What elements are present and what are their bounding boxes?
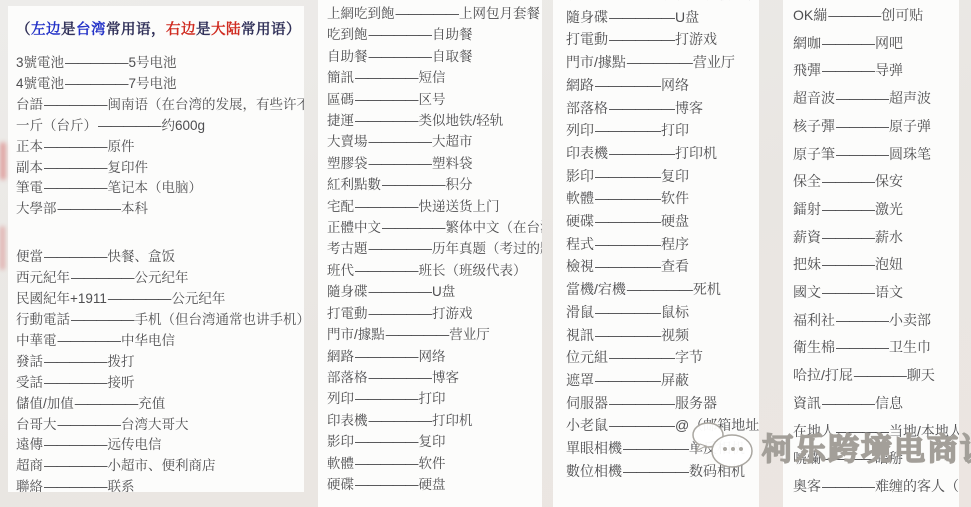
term-row: 部落格—————博客 xyxy=(566,97,759,120)
dash-separator: ————— xyxy=(609,417,674,433)
mainland-term: 语文 xyxy=(875,284,903,300)
mainland-term: 班长（班级代表） xyxy=(419,263,527,278)
terms-panel-1: （左边是台湾常用语，右边是大陆常用语） 3號電池—————5号电池4號電池———… xyxy=(8,6,304,492)
term-row: 網路—————网络 xyxy=(327,346,542,367)
dash-separator: ————— xyxy=(369,370,432,385)
term-row: 薪資————薪水 xyxy=(793,224,959,252)
term-row: 鐳射————激光 xyxy=(793,196,959,224)
dash-separator: ————— xyxy=(44,180,107,195)
dash-separator: ————— xyxy=(595,190,660,206)
term-list-4: OK繃————创可贴網咖————网吧飛彈————导弹超音波————超声波核子彈—… xyxy=(793,2,959,501)
term-list-2: 上網吃到飽—————上网包月套餐吃到飽—————自助餐自助餐—————自取餐簡訊… xyxy=(327,3,542,495)
dash-separator: ————— xyxy=(65,55,128,70)
taiwan-term: 中華電 xyxy=(16,333,57,348)
term-row: 班代—————班长（班级代表） xyxy=(566,0,759,6)
mainland-term: 公元纪年 xyxy=(171,291,225,306)
dash-separator: ————— xyxy=(595,258,660,274)
term-row: 考古題—————历年真题（考过的题） xyxy=(327,238,542,259)
mainland-term: 服务器 xyxy=(675,395,717,411)
term-row: 視訊—————视频 xyxy=(566,324,759,347)
taiwan-term: 飛彈 xyxy=(793,62,821,78)
dash-separator: ————— xyxy=(71,312,134,327)
term-row: 區碼—————区号 xyxy=(327,89,542,110)
taiwan-term: 軟體 xyxy=(327,456,354,471)
taiwan-term: 遠傳 xyxy=(16,437,43,452)
dash-separator: ———— xyxy=(822,478,874,494)
taiwan-term: 筆電 xyxy=(16,180,43,195)
term-row: 西元紀年—————公元纪年 xyxy=(16,268,304,289)
dash-separator: ————— xyxy=(623,440,688,456)
taiwan-term: 福利社 xyxy=(793,312,835,328)
taiwan-term: 國文 xyxy=(793,284,821,300)
dash-separator: ————— xyxy=(108,291,171,306)
legend-segment: 左边 xyxy=(31,22,61,38)
dash-separator: ————— xyxy=(595,372,660,388)
term-row: 打電動—————打游戏 xyxy=(327,303,542,324)
taiwan-term: 部落格 xyxy=(327,370,368,385)
dash-separator: ————— xyxy=(595,236,660,252)
mainland-term: 繁体中文（在台湾的 xyxy=(446,220,543,235)
dash-separator: ————— xyxy=(623,463,688,479)
dash-separator: ————— xyxy=(355,70,418,85)
taiwan-term: 核子彈 xyxy=(793,118,835,134)
taiwan-term: 捷運 xyxy=(327,113,354,128)
mainland-term: 约600g xyxy=(162,118,206,133)
taiwan-term: 數位相機 xyxy=(566,463,622,479)
dash-separator: ———— xyxy=(854,367,906,383)
dash-separator: ———— xyxy=(822,450,874,466)
term-row: 檢視—————查看 xyxy=(566,255,759,278)
dash-separator: ————— xyxy=(627,281,692,297)
dash-separator: ————— xyxy=(44,354,107,369)
taiwan-term: 便當 xyxy=(16,249,43,264)
mainland-term: 接听 xyxy=(108,375,135,390)
mainland-term: 区号 xyxy=(419,92,446,107)
left-edge-smudge xyxy=(0,142,6,180)
taiwan-term: 吃到飽 xyxy=(327,27,368,42)
taiwan-term: 視訊 xyxy=(566,327,594,343)
term-row: 位元組—————字节 xyxy=(566,346,759,369)
mainland-term: 硬盘 xyxy=(419,477,446,492)
taiwan-term: 大學部 xyxy=(16,201,57,216)
mainland-term: 班长（班级代表） xyxy=(661,0,759,2)
term-list-3: 班代—————班长（班级代表）隨身碟—————U盘打電動—————打游戏門市/據… xyxy=(566,0,759,482)
dash-separator: ————— xyxy=(98,118,161,133)
taiwan-term: 奧客 xyxy=(793,478,821,494)
taiwan-term: 4號電池 xyxy=(16,76,64,91)
term-row: 福利社————小卖部 xyxy=(793,307,959,335)
term-row: 飛彈————导弹 xyxy=(793,57,959,85)
dash-separator: ————— xyxy=(609,349,674,365)
mainland-term: 自取餐 xyxy=(432,49,473,64)
taiwan-term: 影印 xyxy=(566,168,594,184)
term-row: 一斤（台斤）—————约600g xyxy=(16,116,304,137)
mainland-term: 程序 xyxy=(661,236,689,252)
mainland-term: 联系 xyxy=(108,479,135,492)
taiwan-term: 超音波 xyxy=(793,90,835,106)
term-row: 簡訊—————短信 xyxy=(327,67,542,88)
term-row: 核子彈————原子弹 xyxy=(793,113,959,141)
term-row: 把妹————泡妞 xyxy=(793,251,959,279)
mainland-term: 营业厅 xyxy=(693,54,735,70)
mainland-term: 小超市、便利商店 xyxy=(108,458,216,473)
taiwan-term: 上網吃到飽 xyxy=(327,6,395,21)
term-row: 硬碟—————硬盘 xyxy=(327,474,542,495)
dash-separator: ————— xyxy=(58,333,121,348)
mainland-term: 塑料袋 xyxy=(432,156,473,171)
taiwan-term: 網咖 xyxy=(793,35,821,51)
mainland-term: 积分 xyxy=(446,177,473,192)
taiwan-term: 網路 xyxy=(566,77,594,93)
mainland-term: 聊天 xyxy=(907,367,935,383)
dash-separator: ———— xyxy=(822,229,874,245)
taiwan-term: 列印 xyxy=(566,122,594,138)
mainland-term: 硬盘 xyxy=(661,213,689,229)
term-row: 台哥大—————台湾大哥大 xyxy=(16,415,304,436)
mainland-term: 字节 xyxy=(675,349,703,365)
mainland-term: 博客 xyxy=(675,100,703,116)
term-row: 列印—————打印 xyxy=(566,119,759,142)
dash-separator: ————— xyxy=(369,27,432,42)
dash-separator: ———— xyxy=(836,118,888,134)
term-row: 超音波————超声波 xyxy=(793,85,959,113)
term-row: 受話—————接听 xyxy=(16,373,304,394)
term-row: 聯絡—————联系 xyxy=(16,477,304,492)
dash-separator: ————— xyxy=(44,458,107,473)
taiwan-term: 紅利點數 xyxy=(327,177,381,192)
taiwan-term: 宅配 xyxy=(327,199,354,214)
mainland-term: 大超市 xyxy=(432,134,473,149)
mainland-term: 营业厅 xyxy=(449,327,490,342)
dash-separator: ————— xyxy=(44,375,107,390)
dash-separator: ————— xyxy=(44,139,107,154)
mainland-term: 创可贴 xyxy=(881,7,923,23)
term-row: 遮罩—————屏蔽 xyxy=(566,369,759,392)
taiwan-term: 硬碟 xyxy=(327,477,354,492)
taiwan-term: 程式 xyxy=(566,236,594,252)
taiwan-term: 軟體 xyxy=(566,190,594,206)
dash-separator: ———— xyxy=(836,423,888,439)
dash-separator: ————— xyxy=(609,100,674,116)
term-row: 門市/據點—————营业厅 xyxy=(566,51,759,74)
term-row: 影印—————复印 xyxy=(566,165,759,188)
mainland-term: 5号电池 xyxy=(129,55,177,70)
mainland-term: 小卖部 xyxy=(889,312,931,328)
term-row: 副本—————复印件 xyxy=(16,158,304,179)
taiwan-term: 保全 xyxy=(793,173,821,189)
term-row: 3號電池—————5号电池 xyxy=(16,53,304,74)
legend-segment: 常用语， xyxy=(106,22,166,38)
dash-separator: ————— xyxy=(44,437,107,452)
taiwan-term: 打電動 xyxy=(566,31,608,47)
dash-separator: ————— xyxy=(44,249,107,264)
mainland-term: 软件 xyxy=(661,190,689,206)
mainland-term: 笔记本（电脑） xyxy=(108,180,203,195)
taiwan-term: 台哥大 xyxy=(16,417,57,432)
mainland-term: 屏蔽 xyxy=(661,372,689,388)
taiwan-term: 原子筆 xyxy=(793,146,835,162)
dash-separator: ———— xyxy=(822,35,874,51)
taiwan-term: 滑鼠 xyxy=(566,304,594,320)
term-row: 伺服器—————服务器 xyxy=(566,392,759,415)
term-row: 吃到飽—————自助餐 xyxy=(327,24,542,45)
mainland-term: 上网包月套餐 xyxy=(459,6,540,21)
dash-separator: ————— xyxy=(58,201,121,216)
dash-separator: ————— xyxy=(355,199,418,214)
dash-separator: ————— xyxy=(44,97,107,112)
taiwan-term: 印表機 xyxy=(327,413,368,428)
taiwan-term: 鐳射 xyxy=(793,201,821,217)
mainland-term: 圆珠笔 xyxy=(889,146,931,162)
left-edge-smudge xyxy=(0,226,5,270)
dash-separator: ————— xyxy=(369,306,432,321)
mainland-term: 薪水 xyxy=(875,229,903,245)
dash-separator: ————— xyxy=(595,77,660,93)
taiwan-term: 打電動 xyxy=(327,306,368,321)
taiwan-term: 部落格 xyxy=(566,100,608,116)
term-list-1a: 3號電池—————5号电池4號電池—————7号电池台語—————闽南语（在台湾… xyxy=(16,53,304,220)
term-row: 衛生棉————卫生巾 xyxy=(793,334,959,362)
taiwan-term: 唬爛 xyxy=(793,450,821,466)
dash-separator: ————— xyxy=(386,327,449,342)
taiwan-term: 單眼相機 xyxy=(566,440,622,456)
mainland-term: 查看 xyxy=(661,258,689,274)
term-row: 超商—————小超市、便利商店 xyxy=(16,456,304,477)
taiwan-term: 班代 xyxy=(566,0,594,2)
dash-separator: ————— xyxy=(396,6,459,21)
taiwan-term: 儲值/加值 xyxy=(16,396,74,411)
taiwan-term: 行動電話 xyxy=(16,312,70,327)
mainland-term: U盘 xyxy=(432,284,455,299)
legend-segment: 常用语） xyxy=(241,22,301,38)
dash-separator: ————— xyxy=(355,477,418,492)
term-row: 班代—————班长（班级代表） xyxy=(327,260,542,281)
dash-separator: ————— xyxy=(369,284,432,299)
mainland-term: 手机（但台湾通常也讲手机） xyxy=(135,312,305,327)
dash-separator: ————— xyxy=(595,327,660,343)
term-row: 哈拉/打屁————聊天 xyxy=(793,362,959,390)
taiwan-term: 衛生棉 xyxy=(793,339,835,355)
mainland-term: 网吧 xyxy=(875,35,903,51)
dash-separator: ————— xyxy=(369,413,432,428)
taiwan-term: 台語 xyxy=(16,97,43,112)
dash-separator: ————— xyxy=(382,220,445,235)
taiwan-term: 當機/宕機 xyxy=(566,281,626,297)
taiwan-term: 塑膠袋 xyxy=(327,156,368,171)
terms-panel-3: 班代—————班长（班级代表）隨身碟—————U盘打電動—————打游戏門市/據… xyxy=(553,0,759,507)
term-list-1b: 便當—————快餐、盒饭西元紀年—————公元纪年民國紀年+1911—————公… xyxy=(16,247,304,492)
term-row: 資訊————信息 xyxy=(793,390,959,418)
term-row: 保全————保安 xyxy=(793,168,959,196)
dash-separator: ———— xyxy=(822,395,874,411)
mainland-term: 打印 xyxy=(661,122,689,138)
mainland-term: 历年真题（考过的题） xyxy=(432,241,542,256)
mainland-term: 复印件 xyxy=(108,160,149,175)
taiwan-term: 在地人 xyxy=(793,423,835,439)
taiwan-term: 區碼 xyxy=(327,92,354,107)
mainland-term: 自助餐 xyxy=(432,27,473,42)
mainland-term: 类似地铁/轻轨 xyxy=(419,113,504,128)
term-row: 自助餐—————自取餐 xyxy=(327,46,542,67)
term-row: 硬碟—————硬盘 xyxy=(566,210,759,233)
mainland-term: 快递送货上门 xyxy=(419,199,500,214)
dash-separator: ————— xyxy=(369,49,432,64)
term-row: 程式—————程序 xyxy=(566,233,759,256)
mainland-term: 快餐、盒饭 xyxy=(108,249,176,264)
taiwan-term: 影印 xyxy=(327,434,354,449)
dash-separator: ————— xyxy=(595,0,660,2)
taiwan-term: 薪資 xyxy=(793,229,821,245)
term-row: 捷運—————类似地铁/轻轨 xyxy=(327,110,542,131)
mainland-term: 网络 xyxy=(661,77,689,93)
dash-separator: ————— xyxy=(609,9,674,25)
term-row: 單眼相機—————单反相机 xyxy=(566,437,759,460)
term-row: 4號電池—————7号电池 xyxy=(16,74,304,95)
dash-separator: ———— xyxy=(822,284,874,300)
taiwan-term: 硬碟 xyxy=(566,213,594,229)
mainland-term: 打游戏 xyxy=(432,306,473,321)
taiwan-term: 遮罩 xyxy=(566,372,594,388)
term-row: 印表機—————打印机 xyxy=(327,410,542,431)
dash-separator: ———— xyxy=(822,201,874,217)
term-row: 小老鼠—————@（邮箱地址 xyxy=(566,414,759,437)
mainland-term: 闽南语（在台湾的发展，有些许不同） xyxy=(108,97,305,112)
term-row: 宅配—————快递送货上门 xyxy=(327,196,542,217)
dash-separator: ————— xyxy=(369,134,432,149)
taiwan-term: 發話 xyxy=(16,354,43,369)
taiwan-term: 聯絡 xyxy=(16,479,43,492)
dash-separator: ————— xyxy=(75,396,138,411)
term-row: 塑膠袋—————塑料袋 xyxy=(327,153,542,174)
mainland-term: 复印 xyxy=(419,434,446,449)
mainland-term: 泡妞 xyxy=(875,256,903,272)
term-row: 在地人————当地/本地人 xyxy=(793,418,959,446)
mainland-term: 中华电信 xyxy=(121,333,175,348)
dash-separator: ————— xyxy=(382,177,445,192)
dash-separator: ————— xyxy=(627,54,692,70)
taiwan-term: 隨身碟 xyxy=(566,9,608,25)
dash-separator: ————— xyxy=(355,456,418,471)
dash-separator: ————— xyxy=(355,113,418,128)
taiwan-term: 超商 xyxy=(16,458,43,473)
mainland-term: 视频 xyxy=(661,327,689,343)
legend-segment: 大陆 xyxy=(211,22,241,38)
mainland-term: 信息 xyxy=(875,395,903,411)
term-row: 台語—————闽南语（在台湾的发展，有些许不同） xyxy=(16,95,304,116)
term-row: 隨身碟—————U盘 xyxy=(327,281,542,302)
mainland-term: 瞎掰 xyxy=(875,450,903,466)
mainland-term: 原件 xyxy=(108,139,135,154)
dash-separator: ————— xyxy=(71,270,134,285)
mainland-term: 本科 xyxy=(121,201,148,216)
taiwan-term: 3號電池 xyxy=(16,55,64,70)
term-row: 印表機—————打印机 xyxy=(566,142,759,165)
term-row: 網路—————网络 xyxy=(566,74,759,97)
mainland-term: @（邮箱地址 xyxy=(675,417,759,433)
dash-separator: ———— xyxy=(828,7,880,23)
dash-separator: ———— xyxy=(836,312,888,328)
mainland-term: 网络 xyxy=(419,349,446,364)
taiwan-term: 自助餐 xyxy=(327,49,368,64)
term-row: 隨身碟—————U盘 xyxy=(566,6,759,29)
taiwan-term: 隨身碟 xyxy=(327,284,368,299)
term-row: 大學部—————本科 xyxy=(16,199,304,220)
term-row: 遠傳—————远传电信 xyxy=(16,435,304,456)
mainland-term: 充值 xyxy=(138,396,165,411)
terms-panel-2: 上網吃到飽—————上网包月套餐吃到飽—————自助餐自助餐—————自取餐簡訊… xyxy=(318,0,542,507)
taiwan-term: 哈拉/打屁 xyxy=(793,367,853,383)
mainland-term: 超声波 xyxy=(889,90,931,106)
dash-separator: ————— xyxy=(355,349,418,364)
term-row: 紅利點數—————积分 xyxy=(327,174,542,195)
term-row: 門市/據點—————营业厅 xyxy=(327,324,542,345)
dash-separator: ———— xyxy=(836,146,888,162)
term-row: 正本—————原件 xyxy=(16,137,304,158)
taiwan-term: 小老鼠 xyxy=(566,417,608,433)
taiwan-term: 檢視 xyxy=(566,258,594,274)
mainland-term: U盘 xyxy=(675,9,699,25)
dash-separator: ————— xyxy=(595,213,660,229)
dash-separator: ———— xyxy=(836,90,888,106)
legend-note: （左边是台湾常用语，右边是大陆常用语） xyxy=(16,18,304,39)
mainland-term: 拨打 xyxy=(108,354,135,369)
term-row: 正體中文—————繁体中文（在台湾的 xyxy=(327,217,542,238)
dash-separator: ————— xyxy=(609,395,674,411)
term-row: 國文————语文 xyxy=(793,279,959,307)
dash-separator: ————— xyxy=(58,417,121,432)
mainland-term: 打印机 xyxy=(432,413,473,428)
term-row: 打電動—————打游戏 xyxy=(566,28,759,51)
term-row: 筆電—————笔记本（电脑） xyxy=(16,178,304,199)
dash-separator: ————— xyxy=(369,241,432,256)
taiwan-term: 一斤（台斤） xyxy=(16,118,97,133)
term-row: 列印—————打印 xyxy=(327,388,542,409)
mainland-term: 卫生巾 xyxy=(889,339,931,355)
vocab-comparison-image: （左边是台湾常用语，右边是大陆常用语） 3號電池—————5号电池4號電池———… xyxy=(0,0,971,507)
term-row: 數位相機—————数码相机 xyxy=(566,460,759,483)
taiwan-term: 門市/據點 xyxy=(327,327,385,342)
dash-separator: ————— xyxy=(355,434,418,449)
dash-separator: ———— xyxy=(822,173,874,189)
mainland-term: 当地/本地人 xyxy=(889,423,959,439)
mainland-term: 鼠标 xyxy=(661,304,689,320)
mainland-term: 短信 xyxy=(419,70,446,85)
dash-separator: ———— xyxy=(822,62,874,78)
term-row: 民國紀年+1911—————公元纪年 xyxy=(16,289,304,310)
dash-separator: ————— xyxy=(44,479,107,492)
taiwan-term: 網路 xyxy=(327,349,354,364)
dash-separator: ———— xyxy=(836,339,888,355)
taiwan-term: 位元組 xyxy=(566,349,608,365)
taiwan-term: 正體中文 xyxy=(327,220,381,235)
mainland-term: 公元纪年 xyxy=(135,270,189,285)
mainland-term: 原子弹 xyxy=(889,118,931,134)
term-row: 部落格—————博客 xyxy=(327,367,542,388)
taiwan-term: 列印 xyxy=(327,391,354,406)
taiwan-term: 西元紀年 xyxy=(16,270,70,285)
dash-separator: ————— xyxy=(65,76,128,91)
term-row: 上網吃到飽—————上网包月套餐 xyxy=(327,3,542,24)
term-row: 奧客————难缠的客人（ xyxy=(793,473,959,501)
mainland-term: 软件 xyxy=(419,456,446,471)
term-row: 當機/宕機—————死机 xyxy=(566,278,759,301)
mainland-term: 打印机 xyxy=(675,145,717,161)
mainland-term: 远传电信 xyxy=(108,437,162,452)
taiwan-term: 印表機 xyxy=(566,145,608,161)
mainland-term: 难缠的客人（ xyxy=(875,478,959,494)
mainland-term: 单反相机 xyxy=(689,440,745,456)
term-row: OK繃————创可贴 xyxy=(793,2,959,30)
